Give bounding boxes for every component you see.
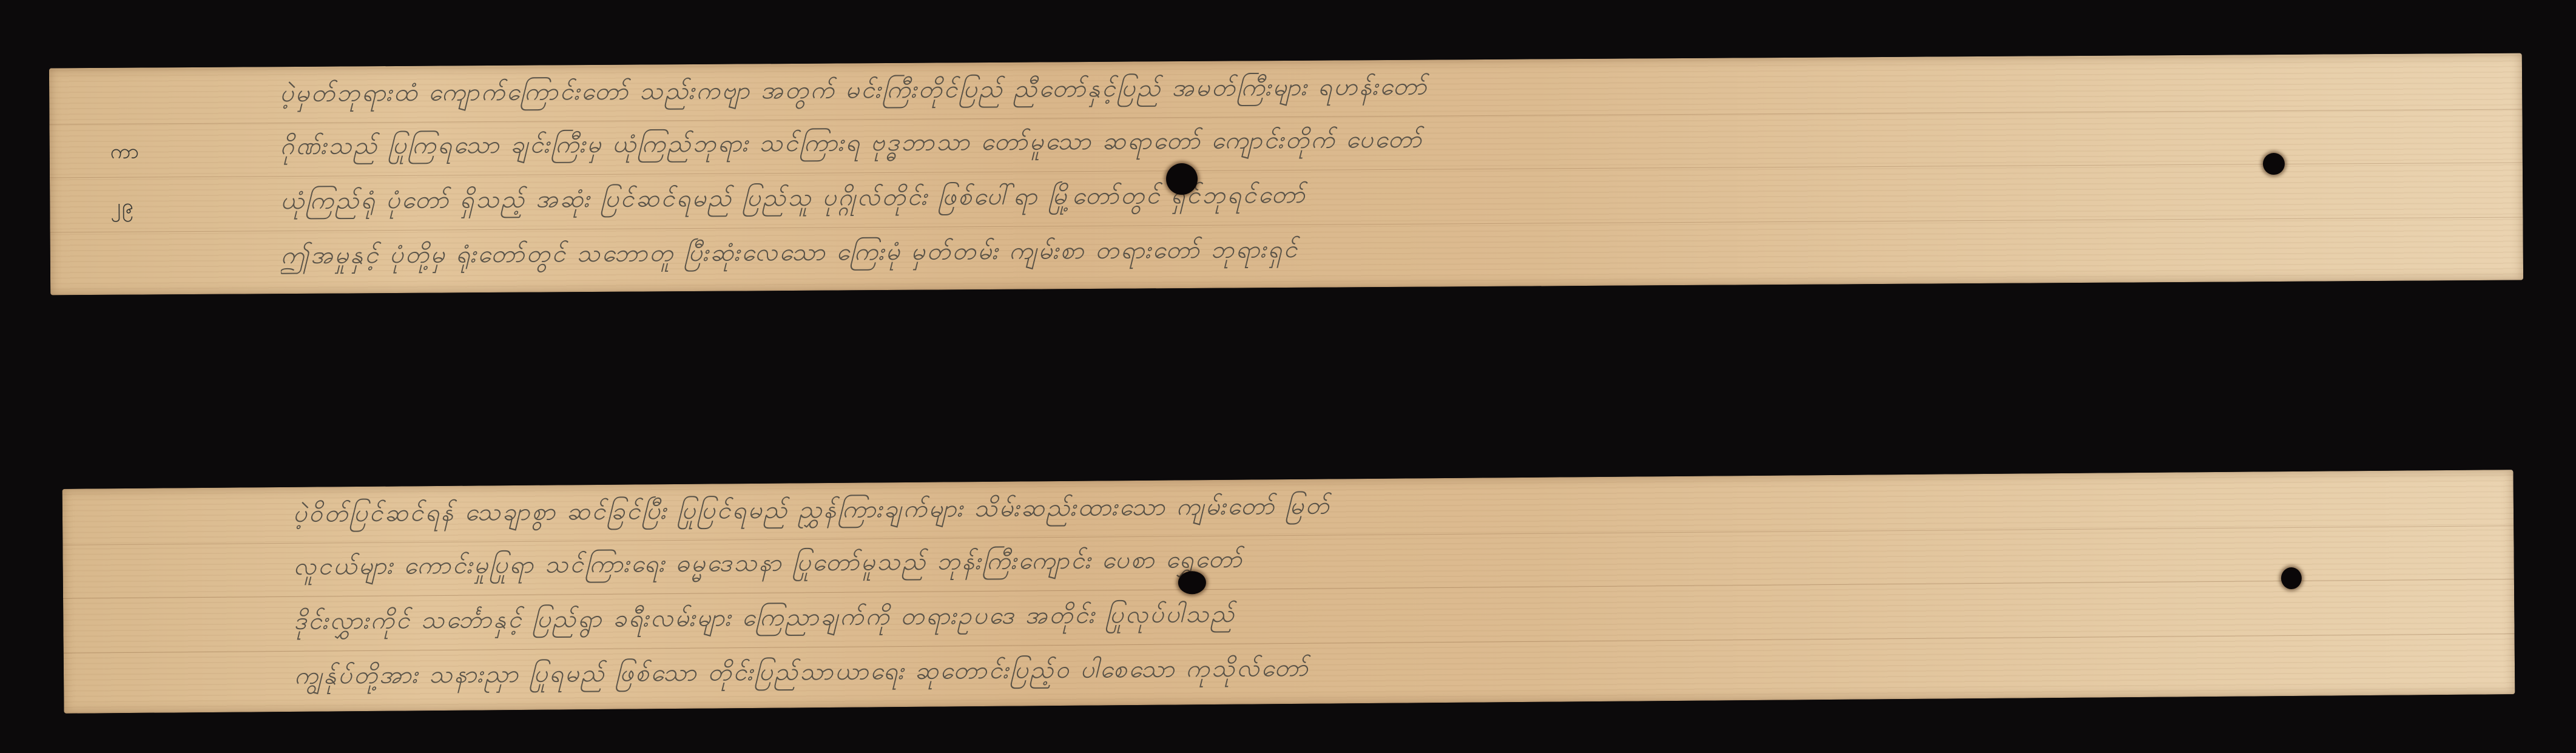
palm-leaf-top: ကာ ၂၉ ပဲ့မှတ်ဘုရားထံ ကျောက်ကြောင်းတော် သ… [49, 53, 2523, 295]
script-line: လူငယ်များ ကောင်းမှုပြုရာ သင်ကြားရေး ဓမ္မ… [293, 534, 2441, 587]
script-line: ဒိုင်းလွှားကိုင် သင်္ဘောနှင့် ပြည်ရွာ ခရ… [294, 589, 2441, 641]
margin-folio-label: ကာ [110, 138, 141, 169]
script-line: ဂိုဏ်းသည် ပြုကြရသော ချင်းကြီးမှ ယုံကြည်ဘ… [280, 117, 2452, 166]
binding-hole-right [2281, 567, 2302, 589]
palm-leaf-bottom: ပဲ့ဝိတ်ပြင်ဆင်ရန် သေချာစွာ ဆင်ခြင်ပြီး ပ… [62, 470, 2515, 714]
margin-folio-number: ၂၉ [110, 192, 135, 223]
binding-hole-center [1166, 163, 1198, 195]
script-line: ယုံကြည်ရုံ ပုံတော် ရှိသည့် အဆုံး ပြင်ဆင်… [280, 172, 2452, 221]
script-line: ဤအမှုနှင့် ပုံတို့မှ ရုံးတော်တွင် သဘောတူ… [281, 226, 2453, 275]
binding-hole-right [2263, 153, 2285, 175]
script-line: ပဲ့ဝိတ်ပြင်ဆင်ရန် သေချာစွာ ဆင်ခြင်ပြီး ပ… [293, 481, 2441, 534]
binding-hole-center [1178, 571, 1206, 594]
script-line: ကျွန်ုပ်တို့အား သနားညှာ ပြုရမည် ဖြစ်သော … [294, 643, 2442, 696]
script-line: ပဲ့မှတ်ဘုရားထံ ကျောက်ကြောင်းတော် သည်းကဗျ… [280, 64, 2452, 113]
